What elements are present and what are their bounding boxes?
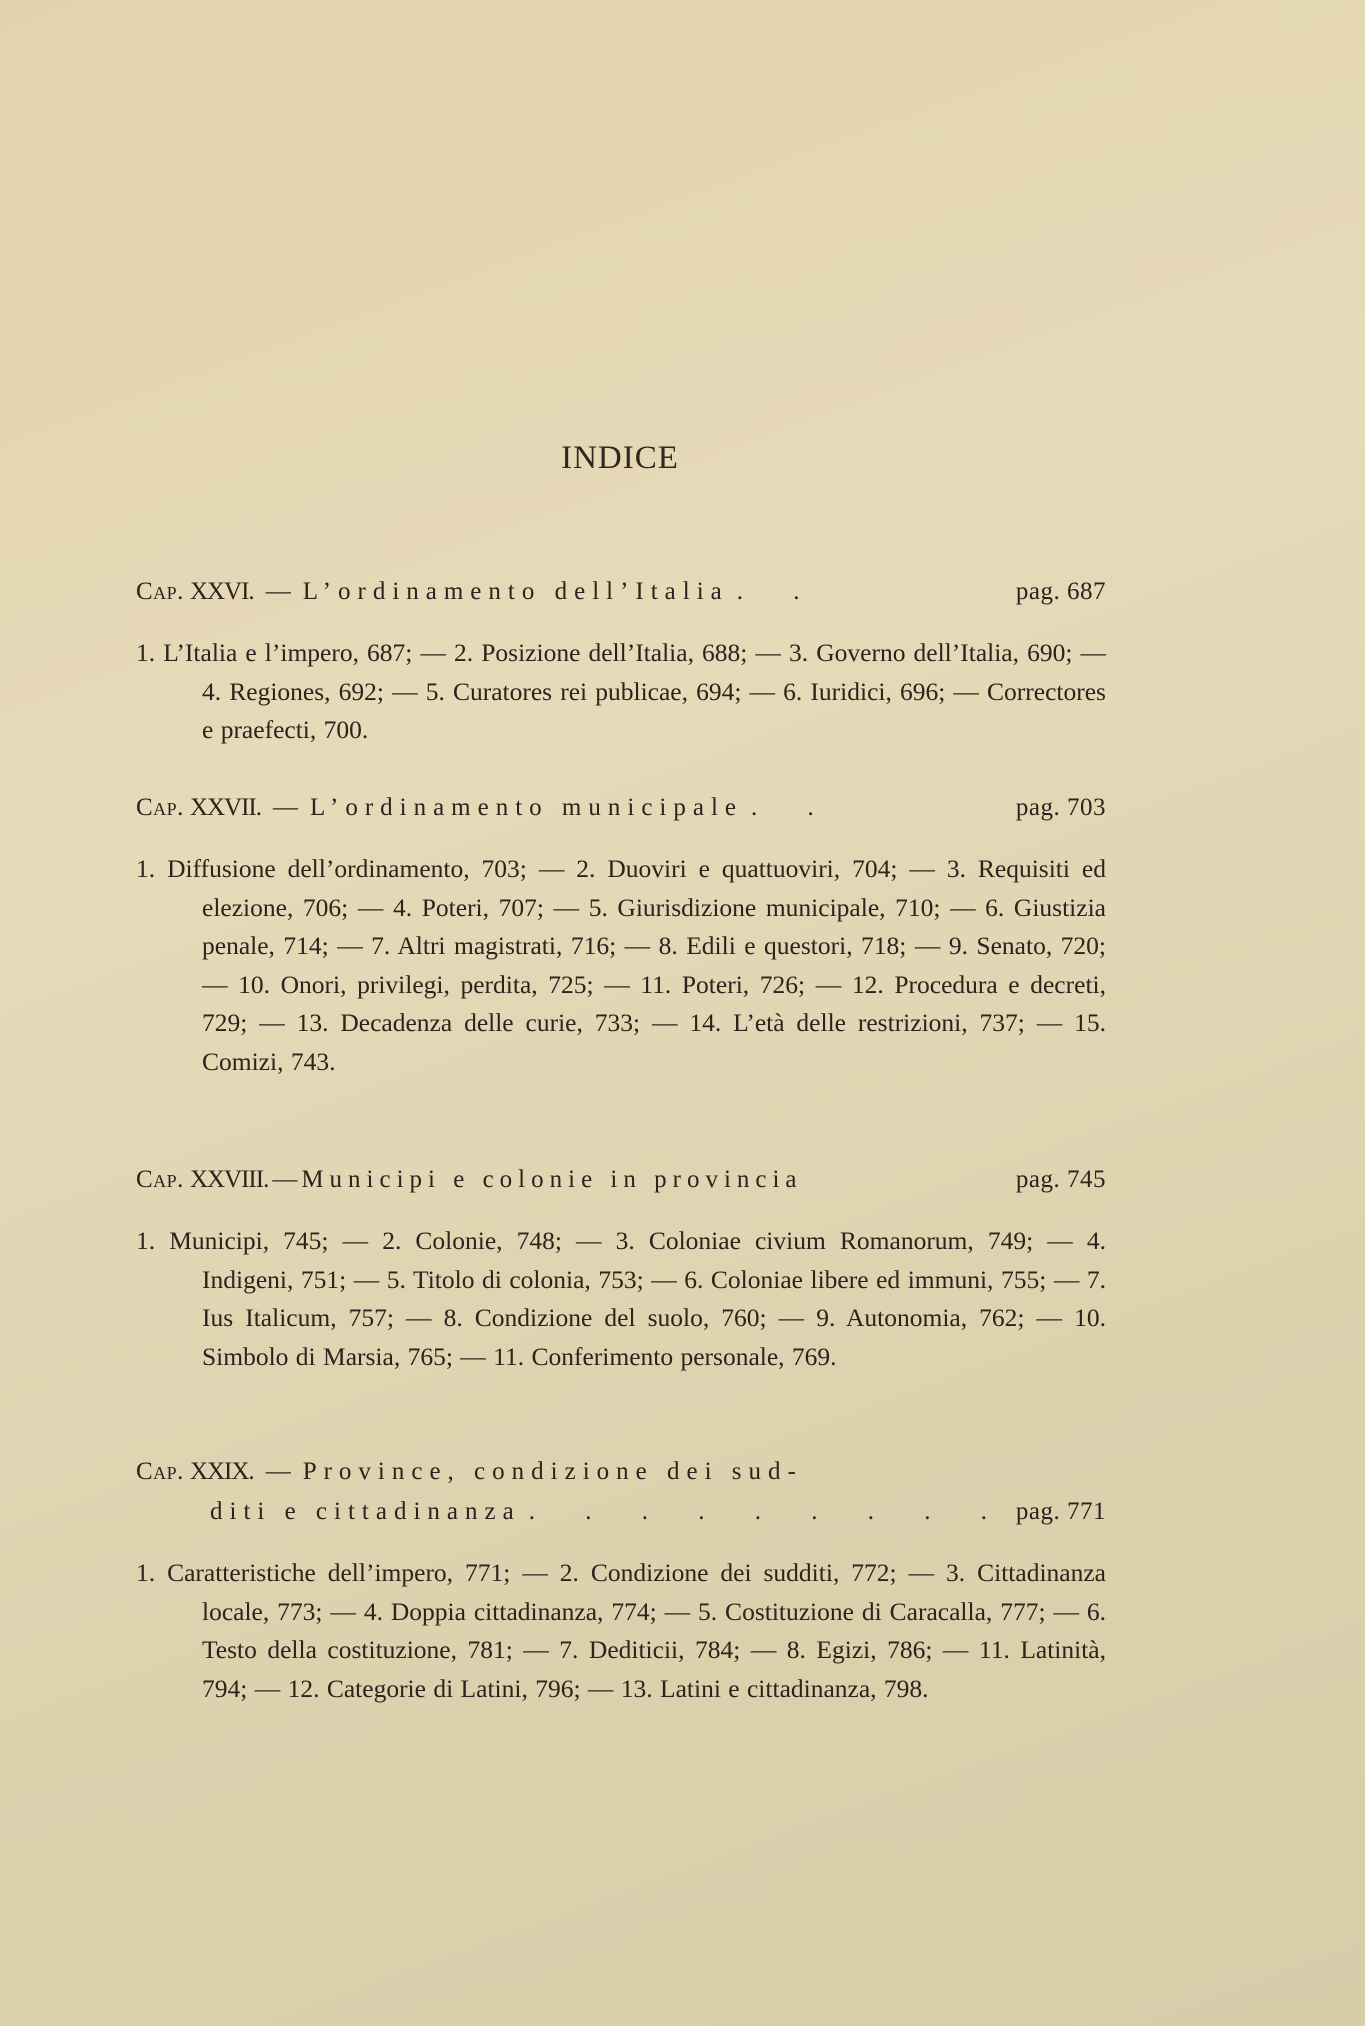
chapter-sections: 1. Diffusione dell’ordinamento, 703; — 2…: [136, 850, 1106, 1081]
chapter-sections: 1. L’Italia e l’impero, 687; — 2. Posizi…: [136, 634, 1106, 750]
chapter-page-ref: pag. 771: [1016, 1492, 1106, 1532]
chapter-sections: 1. Municipi, 745; — 2. Colonie, 748; — 3…: [136, 1222, 1106, 1376]
chapter-entry-xxvi: Cap.XXVI.—L’ordinamento dell’Italia. . p…: [136, 572, 1106, 750]
chapter-title-cont-text: diti e cittadinanza: [210, 1498, 521, 1525]
chapter-entry-xxviii: Cap.XXVIII.—Municipi e colonie in provin…: [136, 1160, 1106, 1376]
chapter-number: XXIX.: [190, 1458, 254, 1485]
chapter-number: XXVIII.: [190, 1166, 268, 1193]
chapter-title: L’ordinamento municipale: [310, 794, 743, 821]
chapter-heading: Cap.XXVI.—L’ordinamento dell’Italia. . p…: [136, 572, 1106, 612]
chapter-number: XXVI.: [190, 578, 254, 605]
dash: —: [266, 1458, 291, 1485]
chapter-label: Cap.: [136, 1458, 184, 1485]
chapter-title: Municipi e colonie in provincia: [301, 1166, 802, 1193]
chapter-label: Cap.: [136, 794, 184, 821]
dash: —: [273, 794, 298, 821]
chapter-label: Cap.: [136, 1166, 184, 1193]
chapter-number: XXVII.: [190, 794, 261, 821]
chapter-heading: Cap.XXIX.—Province, condizione dei sud- …: [136, 1452, 1106, 1532]
chapter-sections: 1. Caratteristiche dell’impero, 771; — 2…: [136, 1554, 1106, 1708]
dash: —: [266, 578, 291, 605]
chapter-page-ref: pag. 703: [1016, 788, 1106, 828]
chapter-page-ref: pag. 687: [1016, 572, 1106, 612]
dot-leader: . .: [751, 794, 836, 821]
chapter-title-continuation: diti e cittadinanza. . . . . . . . .: [136, 1492, 1106, 1532]
chapter-heading: Cap.XXVIII.—Municipi e colonie in provin…: [136, 1160, 1106, 1200]
dot-leader: . . . . . . . . .: [529, 1498, 1009, 1525]
chapter-entry-xxvii: Cap.XXVII.—L’ordinamento municipale. . p…: [136, 788, 1106, 1081]
chapter-label: Cap.: [136, 578, 184, 605]
chapter-title: Province, condizione dei sud-: [303, 1458, 803, 1485]
chapter-page-ref: pag. 745: [1016, 1160, 1106, 1200]
chapter-heading: Cap.XXVII.—L’ordinamento municipale. . p…: [136, 788, 1106, 828]
page-title: INDICE: [0, 440, 1240, 477]
dash: —: [272, 1166, 297, 1193]
dot-leader: . .: [737, 578, 822, 605]
chapter-entry-xxix: Cap.XXIX.—Province, condizione dei sud- …: [136, 1452, 1106, 1708]
chapter-title: L’ordinamento dell’Italia: [303, 578, 729, 605]
